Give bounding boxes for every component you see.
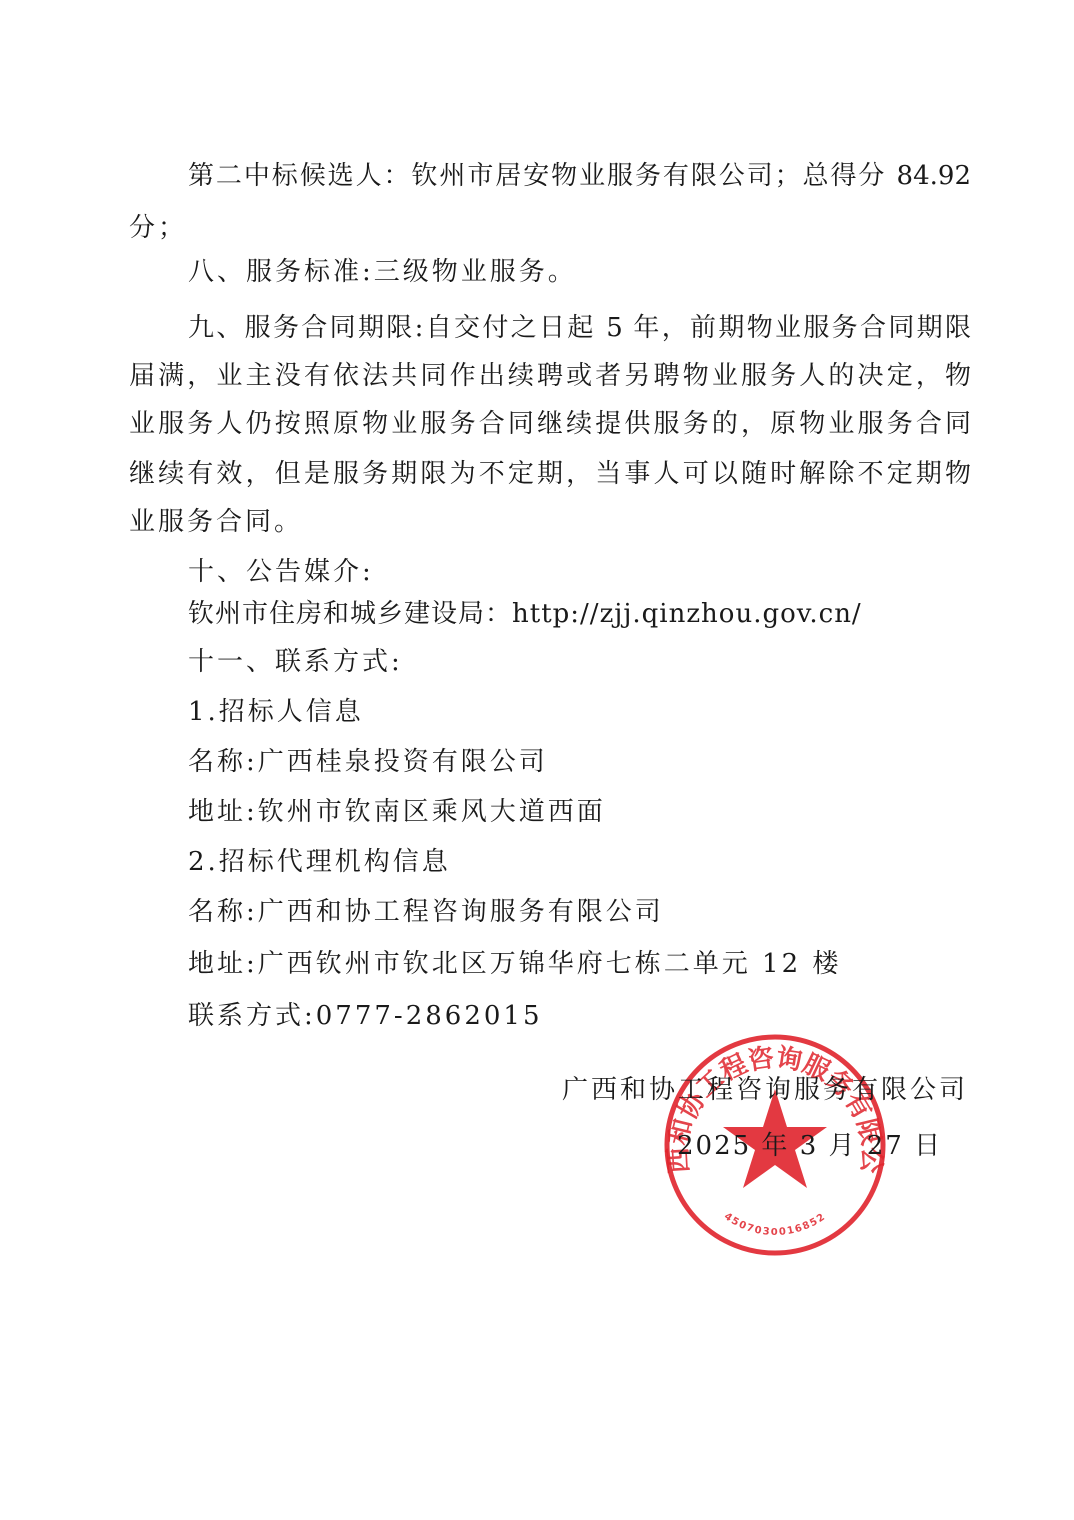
- section-8-service-standard: 八、服务标准:三级物业服务。: [188, 256, 577, 288]
- second-candidate-line: 第二中标候选人：钦州市居安物业服务有限公司；总得分 84.92: [129, 160, 971, 192]
- agency-contact: 联系方式:0777-2862015: [188, 1000, 543, 1032]
- signature-company: 广西和协工程咨询服务有限公司: [562, 1074, 968, 1106]
- tenderer-info-heading: 1.招标人信息: [188, 696, 364, 728]
- second-candidate-score-cont: 分；: [129, 212, 187, 244]
- section-9-line-2: 届满，业主没有依法共同作出续聘或者另聘物业服务人的决定，物: [129, 360, 971, 392]
- agency-info-heading: 2.招标代理机构信息: [188, 846, 451, 878]
- agency-address: 地址:广西钦州市钦北区万锦华府七栋二单元 12 楼: [188, 948, 841, 980]
- section-9-line-5: 业服务合同。: [129, 506, 303, 538]
- section-10-heading: 十、公告媒介:: [188, 556, 374, 588]
- agency-name: 名称:广西和协工程咨询服务有限公司: [188, 896, 664, 928]
- tenderer-address: 地址:钦州市钦南区乘风大道西面: [188, 796, 606, 828]
- section-9-line-3: 业服务人仍按照原物业服务合同继续提供服务的，原物业服务合同: [129, 408, 971, 440]
- section-9-contract-term: 九、服务合同期限:自交付之日起 5 年，前期物业服务合同期限: [129, 312, 971, 344]
- announcement-media-link: 钦州市住房和城乡建设局：http://zjj.qinzhou.gov.cn/: [188, 598, 862, 630]
- signature-date: 2025 年 3 月 27 日: [677, 1130, 942, 1162]
- document-page: 第二中标候选人：钦州市居安物业服务有限公司；总得分 84.92 分； 八、服务标…: [0, 0, 1074, 1520]
- section-11-heading: 十一、联系方式:: [188, 646, 403, 678]
- svg-text:4507030016852: 4507030016852: [722, 1211, 828, 1238]
- tenderer-name: 名称:广西桂泉投资有限公司: [188, 746, 548, 778]
- section-9-line-4: 继续有效，但是服务期限为不定期，当事人可以随时解除不定期物: [129, 458, 971, 490]
